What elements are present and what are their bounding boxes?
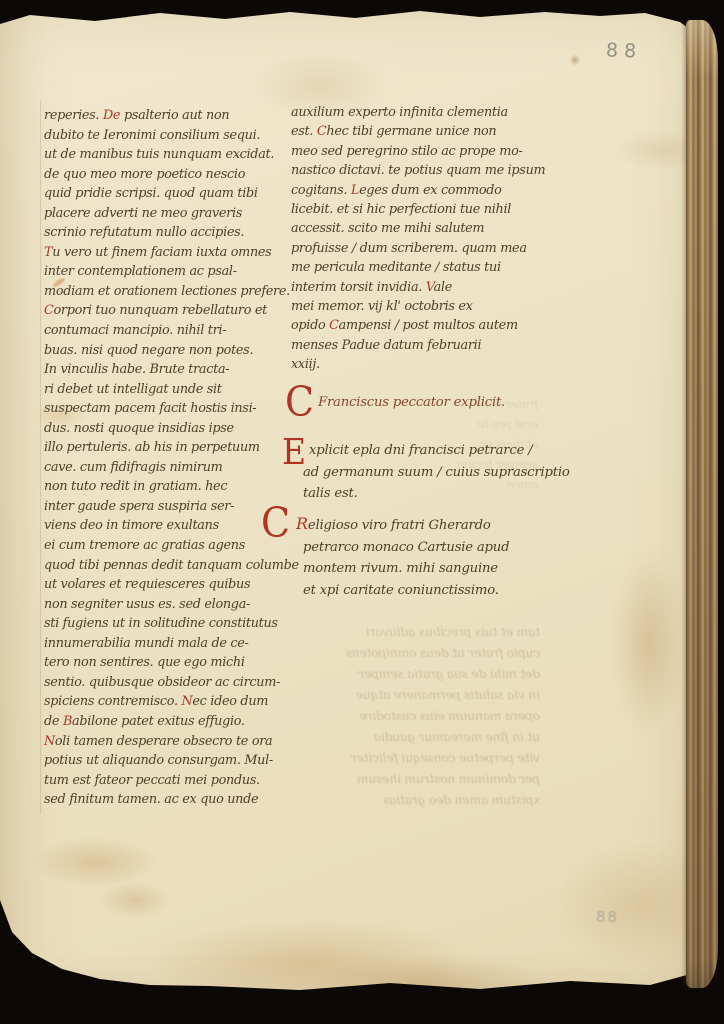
manuscript-line: menses Padue datum februarii	[291, 336, 543, 355]
rubric-line: Franciscus peccator explicit.	[291, 392, 505, 414]
line-text: menses Padue datum februarii	[291, 338, 481, 353]
line-text: accessit. scito me mihi salutem	[291, 221, 484, 236]
line-text: u vero ut finem faciam iuxta omnes	[52, 245, 271, 260]
paraph-initial: C	[285, 384, 314, 421]
manuscript-line: In vinculis habe. Brute tracta-	[44, 360, 290, 380]
show-through-text: tam et tuis precibus adiuvari cupio frat…	[295, 622, 540, 811]
line-text: mei memor. vij kl' octobris ex	[291, 299, 473, 314]
paraph-initial: E	[282, 434, 306, 471]
line-text: cave. cum fidifragis nimirum	[44, 460, 223, 475]
manuscript-line: reperies. De psalterio aut non	[44, 106, 290, 126]
manuscript-line: sentio. quibusque obsideor ac circum-	[44, 673, 290, 693]
manuscript-line: interim torsit invidia. Vale	[291, 278, 543, 297]
book-leaf-edges	[686, 20, 718, 988]
manuscript-line: nastico dictavi. te potius quam me ipsum	[291, 161, 543, 180]
manuscript-line: spiciens contremisco. Nec ideo dum	[44, 692, 290, 712]
manuscript-line: ri debet ut intelligat unde sit	[44, 380, 290, 400]
line-text: scrinio refutatum nullo accipies.	[44, 225, 244, 240]
line-text: innumerabilia mundi mala de ce-	[44, 636, 249, 651]
show-through-line: ut in fine mereamur gaudia	[295, 727, 540, 748]
line-text: ale	[434, 280, 452, 295]
line-text: viens deo in timore exultans	[44, 518, 219, 533]
address-rubric: C Religioso viro fratri Gherardo petrarc…	[291, 513, 509, 601]
manuscript-line: meo sed peregrino stilo ac prope mo-	[291, 142, 543, 161]
line-pre: est.	[291, 124, 317, 139]
manuscript-line: non tuto redit in gratiam. hec	[44, 477, 290, 497]
rubricated-letter: De	[103, 108, 124, 123]
line-text: hec tibi germane unice non	[326, 124, 496, 139]
line-text: abilone patet exitus effugio.	[72, 714, 245, 729]
manuscript-line: tum est fateor peccati mei pondus.	[44, 771, 290, 791]
line-text: me pericula meditante / status tui	[291, 260, 501, 275]
show-through-line: tam et tuis precibus adiuvari	[295, 622, 540, 643]
line-text: nastico dictavi. te potius quam me ipsum	[291, 163, 545, 178]
line-text: sed finitum tamen. ac ex quo unde	[44, 792, 258, 807]
colophon-rubric: E xplicit epla dni francisci petrarce / …	[291, 440, 570, 505]
manuscript-line: cave. cum fidifragis nimirum	[44, 458, 290, 478]
manuscript-line: auxilium experto infinita clementia	[291, 103, 543, 122]
rubricated-letter: R	[296, 514, 308, 533]
right-text-column: auxilium experto infinita clementia est.…	[291, 103, 543, 375]
show-through-line: vite perpetue consequi feliciter	[295, 748, 540, 769]
line-text: non segniter usus es. sed elonga-	[44, 597, 250, 612]
folio-number-bottom: 88	[596, 908, 619, 926]
rubricated-letter: C	[329, 318, 339, 333]
manuscript-line: tero non sentires. que ego michi	[44, 653, 290, 673]
show-through-line: per dominum nostrum ihesum	[295, 769, 540, 790]
rubricated-letter: N	[181, 694, 192, 709]
ruling-line	[40, 100, 41, 814]
manuscript-line: quid pridie scripsi. quod quam tibi	[44, 184, 290, 204]
manuscript-line: non segniter usus es. sed elonga-	[44, 595, 290, 615]
line-text: licebit. et si hic perfectioni tue nihil	[291, 202, 511, 217]
line-text: In vinculis habe. Brute tracta-	[44, 362, 229, 377]
manuscript-line: suspectam pacem facit hostis insi-	[44, 399, 290, 419]
rubric-line: xplicit epla dni francisci petrarce /	[291, 440, 570, 462]
line-text: dus. nosti quoque insidias ipse	[44, 421, 234, 436]
show-through-line: opera manuum eius custodire	[295, 706, 540, 727]
manuscript-line: inter gaude spera suspiria ser-	[44, 497, 290, 517]
rubricated-letter: L	[351, 183, 359, 198]
manuscript-line: contumaci mancipio. nihil tri-	[44, 321, 290, 341]
manuscript-line: cogitans. Leges dum ex commodo	[291, 181, 543, 200]
rubricated-letter: N	[44, 734, 55, 749]
manuscript-line: me pericula meditante / status tui	[291, 258, 543, 277]
rubricated-letter: V	[426, 280, 434, 295]
paraph-initial: C	[261, 505, 290, 542]
explicit-rubric: C Franciscus peccator explicit.	[291, 392, 505, 414]
show-through-line: det mihi de sua gratia semper	[295, 664, 540, 685]
manuscript-line: potius ut aliquando consurgam. Mul-	[44, 751, 290, 771]
line-text: eligioso viro fratri Gherardo	[308, 518, 491, 533]
line-text: sentio. quibusque obsideor ac circum-	[44, 675, 280, 690]
manuscript-line: profuisse / dum scriberem. quam mea	[291, 239, 543, 258]
manuscript-line: inter contemplationem ac psal-	[44, 262, 290, 282]
line-text: inter contemplationem ac psal-	[44, 264, 237, 279]
line-pre: interim torsit invidia.	[291, 280, 426, 295]
line-text: xxiij.	[291, 357, 320, 372]
manuscript-line: quod tibi pennas dedit tanquam columbe	[44, 556, 290, 576]
manuscript-line: est. Chec tibi germane unice non	[291, 122, 543, 141]
manuscript-line: innumerabilia mundi mala de ce-	[44, 634, 290, 654]
manuscript-line: ut volares et requiesceres quibus	[44, 575, 290, 595]
manuscript-page: frater bene orat pro te et deus sit semp…	[0, 0, 704, 1024]
manuscript-line: modiam et orationem lectiones prefere.	[44, 282, 290, 302]
manuscript-line: ei cum tremore ac gratias agens	[44, 536, 290, 556]
line-text: contumaci mancipio. nihil tri-	[44, 323, 226, 338]
manuscript-line: licebit. et si hic perfectioni tue nihil	[291, 200, 543, 219]
line-pre: opido	[291, 318, 329, 333]
line-text: ut de manibus tuis nunquam excidat.	[44, 147, 274, 162]
rubricated-letter: T	[44, 245, 52, 260]
rubric-line: montem rivum. mihi sanguine	[291, 558, 509, 580]
folio-number-top: 88	[606, 39, 643, 62]
line-text: oli tamen desperare obsecro te ora	[55, 734, 272, 749]
rubric-line: et xpi caritate coniunctissimo.	[291, 580, 509, 602]
line-text: ri debet ut intelligat unde sit	[44, 382, 222, 397]
line-text: potius ut aliquando consurgam. Mul-	[44, 753, 273, 768]
manuscript-line: sed finitum tamen. ac ex quo unde	[44, 790, 290, 810]
line-text: ei cum tremore ac gratias agens	[44, 538, 245, 553]
line-text: non tuto redit in gratiam. hec	[44, 479, 227, 494]
manuscript-line: xxiij.	[291, 355, 543, 374]
line-text: quid pridie scripsi. quod quam tibi	[44, 186, 258, 201]
line-text: quod tibi pennas dedit tanquam columbe	[44, 558, 299, 573]
rubricated-letter: B	[63, 714, 72, 729]
rubricated-letter: C	[44, 303, 54, 318]
manuscript-line: Corpori tuo nunquam rebellaturo et	[44, 301, 290, 321]
line-text: ut volares et requiesceres quibus	[44, 577, 250, 592]
line-pre: reperies.	[44, 108, 103, 123]
rubric-line: Religioso viro fratri Gherardo	[291, 513, 509, 537]
line-pre: de	[44, 714, 63, 729]
manuscript-line: de Babilone patet exitus effugio.	[44, 712, 290, 732]
rubric-line: petrarco monaco Cartusie apud	[291, 537, 509, 559]
line-text: illo pertuleris. ab his in perpetuum	[44, 440, 260, 455]
manuscript-line: buas. nisi quod negare non potes.	[44, 341, 290, 361]
manuscript-line: Noli tamen desperare obsecro te ora	[44, 732, 290, 752]
show-through-line: cupio frater ut deus omnipotens	[295, 643, 540, 664]
manuscript-line: sti fugiens ut in solitudine constitutus	[44, 614, 290, 634]
line-text: sti fugiens ut in solitudine constitutus	[44, 616, 278, 631]
line-text: eges dum ex commodo	[359, 183, 502, 198]
line-text: meo sed peregrino stilo ac prope mo-	[291, 144, 523, 159]
line-text: placere adverti ne meo graveris	[44, 206, 242, 221]
parchment-stain	[620, 560, 680, 730]
manuscript-line: placere adverti ne meo graveris	[44, 204, 290, 224]
manuscript-line: scrinio refutatum nullo accipies.	[44, 223, 290, 243]
manuscript-line: mei memor. vij kl' octobris ex	[291, 297, 543, 316]
show-through-line: xpistum amen deo gratias	[295, 790, 540, 811]
manuscript-line: Tu vero ut finem faciam iuxta omnes	[44, 243, 290, 263]
manuscript-line: illo pertuleris. ab his in perpetuum	[44, 438, 290, 458]
line-pre: spiciens contremisco.	[44, 694, 181, 709]
rubric-line: talis est.	[291, 483, 570, 505]
left-text-column: reperies. De psalterio aut non dubito te…	[44, 106, 290, 810]
book-scan: frater bene orat pro te et deus sit semp…	[0, 0, 724, 1024]
manuscript-line: dubito te Ieronimi consilium sequi.	[44, 126, 290, 146]
line-text: buas. nisi quod negare non potes.	[44, 343, 253, 358]
line-text: suspectam pacem facit hostis insi-	[44, 401, 256, 416]
manuscript-line: dus. nosti quoque insidias ipse	[44, 419, 290, 439]
line-text: ampensi / post multos autem	[339, 318, 518, 333]
manuscript-line: opido Campensi / post multos autem	[291, 316, 543, 335]
line-text: modiam et orationem lectiones prefere.	[44, 284, 290, 299]
line-text: psalterio aut non	[124, 108, 229, 123]
manuscript-line: de quo meo more poetico nescio	[44, 165, 290, 185]
line-text: profuisse / dum scriberem. quam mea	[291, 241, 527, 256]
manuscript-line: accessit. scito me mihi salutem	[291, 219, 543, 238]
line-text: auxilium experto infinita clementia	[291, 105, 508, 120]
rubricated-letter: C	[317, 124, 327, 139]
line-text: inter gaude spera suspiria ser-	[44, 499, 234, 514]
show-through-line: orat pro te	[398, 414, 538, 434]
line-pre: cogitans.	[291, 183, 351, 198]
rubric-line: ad germanum suum / cuius suprascriptio	[291, 462, 570, 484]
line-text: ec ideo dum	[192, 694, 268, 709]
manuscript-line: ut de manibus tuis nunquam excidat.	[44, 145, 290, 165]
show-through-line: in via salutis permanere atque	[295, 685, 540, 706]
line-text: orpori tuo nunquam rebellaturo et	[54, 303, 268, 318]
line-text: tum est fateor peccati mei pondus.	[44, 773, 260, 788]
line-text: tero non sentires. que ego michi	[44, 655, 245, 670]
manuscript-line: viens deo in timore exultans	[44, 516, 290, 536]
line-text: dubito te Ieronimi consilium sequi.	[44, 128, 260, 143]
line-text: de quo meo more poetico nescio	[44, 167, 245, 182]
